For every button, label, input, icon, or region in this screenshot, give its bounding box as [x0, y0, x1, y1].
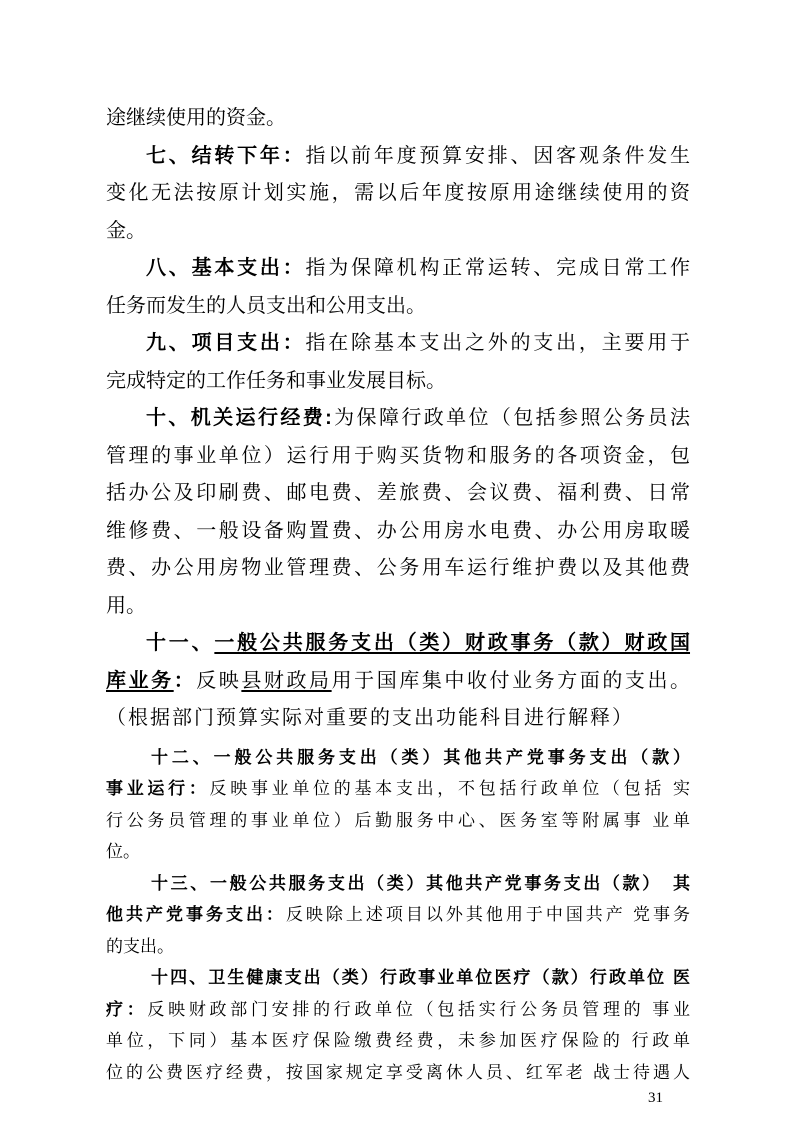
text-segment: 反映 — [196, 670, 241, 692]
text-segment-bold: 十三、一般公共服务支出（类）其他共产党事务支出（款） 其 — [151, 874, 690, 893]
text-segment: 金。 — [106, 220, 146, 242]
text-line: 七、结转下年：指以前年度预算安排、因客观条件发生 — [106, 138, 690, 176]
text-line: 用。 — [106, 588, 690, 626]
text-segment-bold: 九、项目支出： — [146, 332, 305, 354]
text-line: 金。 — [106, 213, 690, 251]
document-page: 途继续使用的资金。七、结转下年：指以前年度预算安排、因客观条件发生变化无法按原计… — [0, 0, 794, 1122]
text-line: 变化无法按原计划实施，需以后年度按原用途继续使用的资 — [106, 175, 690, 213]
text-segment: 位。 — [106, 842, 140, 861]
text-line: 他共产党事务支出：反映除上述项目以外其他用于中国共产 党事务 — [106, 899, 690, 931]
text-segment: 的支出。 — [106, 937, 174, 956]
text-segment-bold: 一般公共服务支出（类）财政事务（款）财政国 — [214, 632, 690, 654]
text-line: 疗：反映财政部门安排的行政单位（包括实行公务员管理的 事业 — [106, 994, 690, 1026]
text-line: 库业务：反映县财政局用于国库集中收付业务方面的支出。 — [106, 663, 690, 701]
page-number: 31 — [648, 1088, 663, 1108]
text-line: 完成特定的工作任务和事业发展目标。 — [106, 363, 690, 401]
text-segment: 括办公及印刷费、邮电费、差旅费、会议费、福利费、日常 — [106, 482, 690, 504]
text-segment-bold: 库业务 — [106, 670, 174, 692]
text-segment-bold: 十四、卫生健康支出（类）行政事业单位医疗（款）行政单位 医 — [151, 968, 690, 987]
text-line: 十四、卫生健康支出（类）行政事业单位医疗（款）行政单位 医 — [106, 962, 690, 994]
text-segment: 维修费、一般设备购置费、办公用房水电费、办公用房取暖 — [106, 520, 690, 542]
text-line: 十、机关运行经费:为保障行政单位（包括参照公务员法 — [106, 400, 690, 438]
text-segment: 用。 — [106, 595, 146, 617]
text-segment-bold: 事业运行： — [106, 779, 210, 798]
text-line: 事业运行：反映事业单位的基本支出，不包括行政单位（包括 实 — [106, 773, 690, 805]
text-segment: 完成特定的工作任务和事业发展目标。 — [106, 370, 446, 392]
text-segment: 县财政局 — [241, 670, 331, 692]
text-segment: 指以前年度预算安排、因客观条件发生 — [305, 145, 690, 167]
text-segment-bold: 他共产党事务支出： — [106, 905, 286, 924]
document-body: 途继续使用的资金。七、结转下年：指以前年度预算安排、因客观条件发生变化无法按原计… — [106, 100, 690, 1088]
text-segment: 反映财政部门安排的行政单位（包括实行公务员管理的 事业 — [147, 1000, 690, 1019]
text-segment: 任务而发生的人员支出和公用支出。 — [106, 295, 426, 317]
text-segment: 指在除基本支出之外的支出，主要用于 — [305, 332, 690, 354]
text-segment: （根据部门预算实际对重要的支出功能科目进行解释） — [106, 707, 634, 729]
text-segment: 为保障行政单位（包括参照公务员法 — [332, 407, 690, 429]
text-segment: 反映事业单位的基本支出，不包括行政单位（包括 实 — [210, 779, 690, 798]
text-segment: 行公务员管理的事业单位）后勤服务中心、医务室等附属事 业单 — [106, 811, 690, 830]
text-segment-bold: 十一、 — [146, 632, 214, 654]
text-segment-bold: 十、机关运行经费: — [146, 407, 332, 429]
text-line: 位的公费医疗经费，按国家规定享受离休人员、红军老 战士待遇人 — [106, 1057, 690, 1089]
text-line: 费、办公用房物业管理费、公务用车运行维护费以及其他费 — [106, 550, 690, 588]
text-segment-bold: 七、结转下年： — [146, 145, 305, 167]
text-line: 十一、一般公共服务支出（类）财政事务（款）财政国 — [106, 625, 690, 663]
text-segment-bold: 十二、一般公共服务支出（类）其他共产党事务支出（款） — [151, 748, 690, 767]
text-segment: 变化无法按原计划实施，需以后年度按原用途继续使用的资 — [106, 182, 690, 204]
text-line: 括办公及印刷费、邮电费、差旅费、会议费、福利费、日常 — [106, 475, 690, 513]
text-segment: 反映除上述项目以外其他用于中国共产 党事务 — [286, 905, 690, 924]
text-line: 途继续使用的资金。 — [106, 100, 690, 138]
text-line: （根据部门预算实际对重要的支出功能科目进行解释） — [106, 700, 690, 738]
text-line: 行公务员管理的事业单位）后勤服务中心、医务室等附属事 业单 — [106, 805, 690, 837]
text-line: 维修费、一般设备购置费、办公用房水电费、办公用房取暖 — [106, 513, 690, 551]
text-segment: 用于国库集中收付业务方面的支出。 — [332, 670, 690, 692]
text-segment-bold: ： — [174, 670, 197, 692]
text-segment: 指为保障机构正常运转、完成日常工作 — [305, 257, 690, 279]
text-segment: 途继续使用的资金。 — [106, 107, 286, 129]
text-segment: 位的公费医疗经费，按国家规定享受离休人员、红军老 战士待遇人 — [106, 1063, 690, 1082]
text-line: 十二、一般公共服务支出（类）其他共产党事务支出（款） — [106, 742, 690, 774]
text-segment: 单位，下同）基本医疗保险缴费经费，未参加医疗保险的 行政单 — [106, 1031, 690, 1050]
text-segment: 费、办公用房物业管理费、公务用车运行维护费以及其他费 — [106, 557, 690, 579]
text-line: 八、基本支出：指为保障机构正常运转、完成日常工作 — [106, 250, 690, 288]
text-line: 十三、一般公共服务支出（类）其他共产党事务支出（款） 其 — [106, 868, 690, 900]
text-line: 九、项目支出：指在除基本支出之外的支出，主要用于 — [106, 325, 690, 363]
text-line: 单位，下同）基本医疗保险缴费经费，未参加医疗保险的 行政单 — [106, 1025, 690, 1057]
text-segment-bold: 八、基本支出： — [146, 257, 305, 279]
text-line: 管理的事业单位）运行用于购买货物和服务的各项资金，包 — [106, 438, 690, 476]
text-line: 位。 — [106, 836, 690, 868]
text-segment: 管理的事业单位）运行用于购买货物和服务的各项资金，包 — [106, 445, 690, 467]
text-segment-bold: 疗： — [106, 1000, 147, 1019]
text-line: 的支出。 — [106, 931, 690, 963]
text-line: 任务而发生的人员支出和公用支出。 — [106, 288, 690, 326]
